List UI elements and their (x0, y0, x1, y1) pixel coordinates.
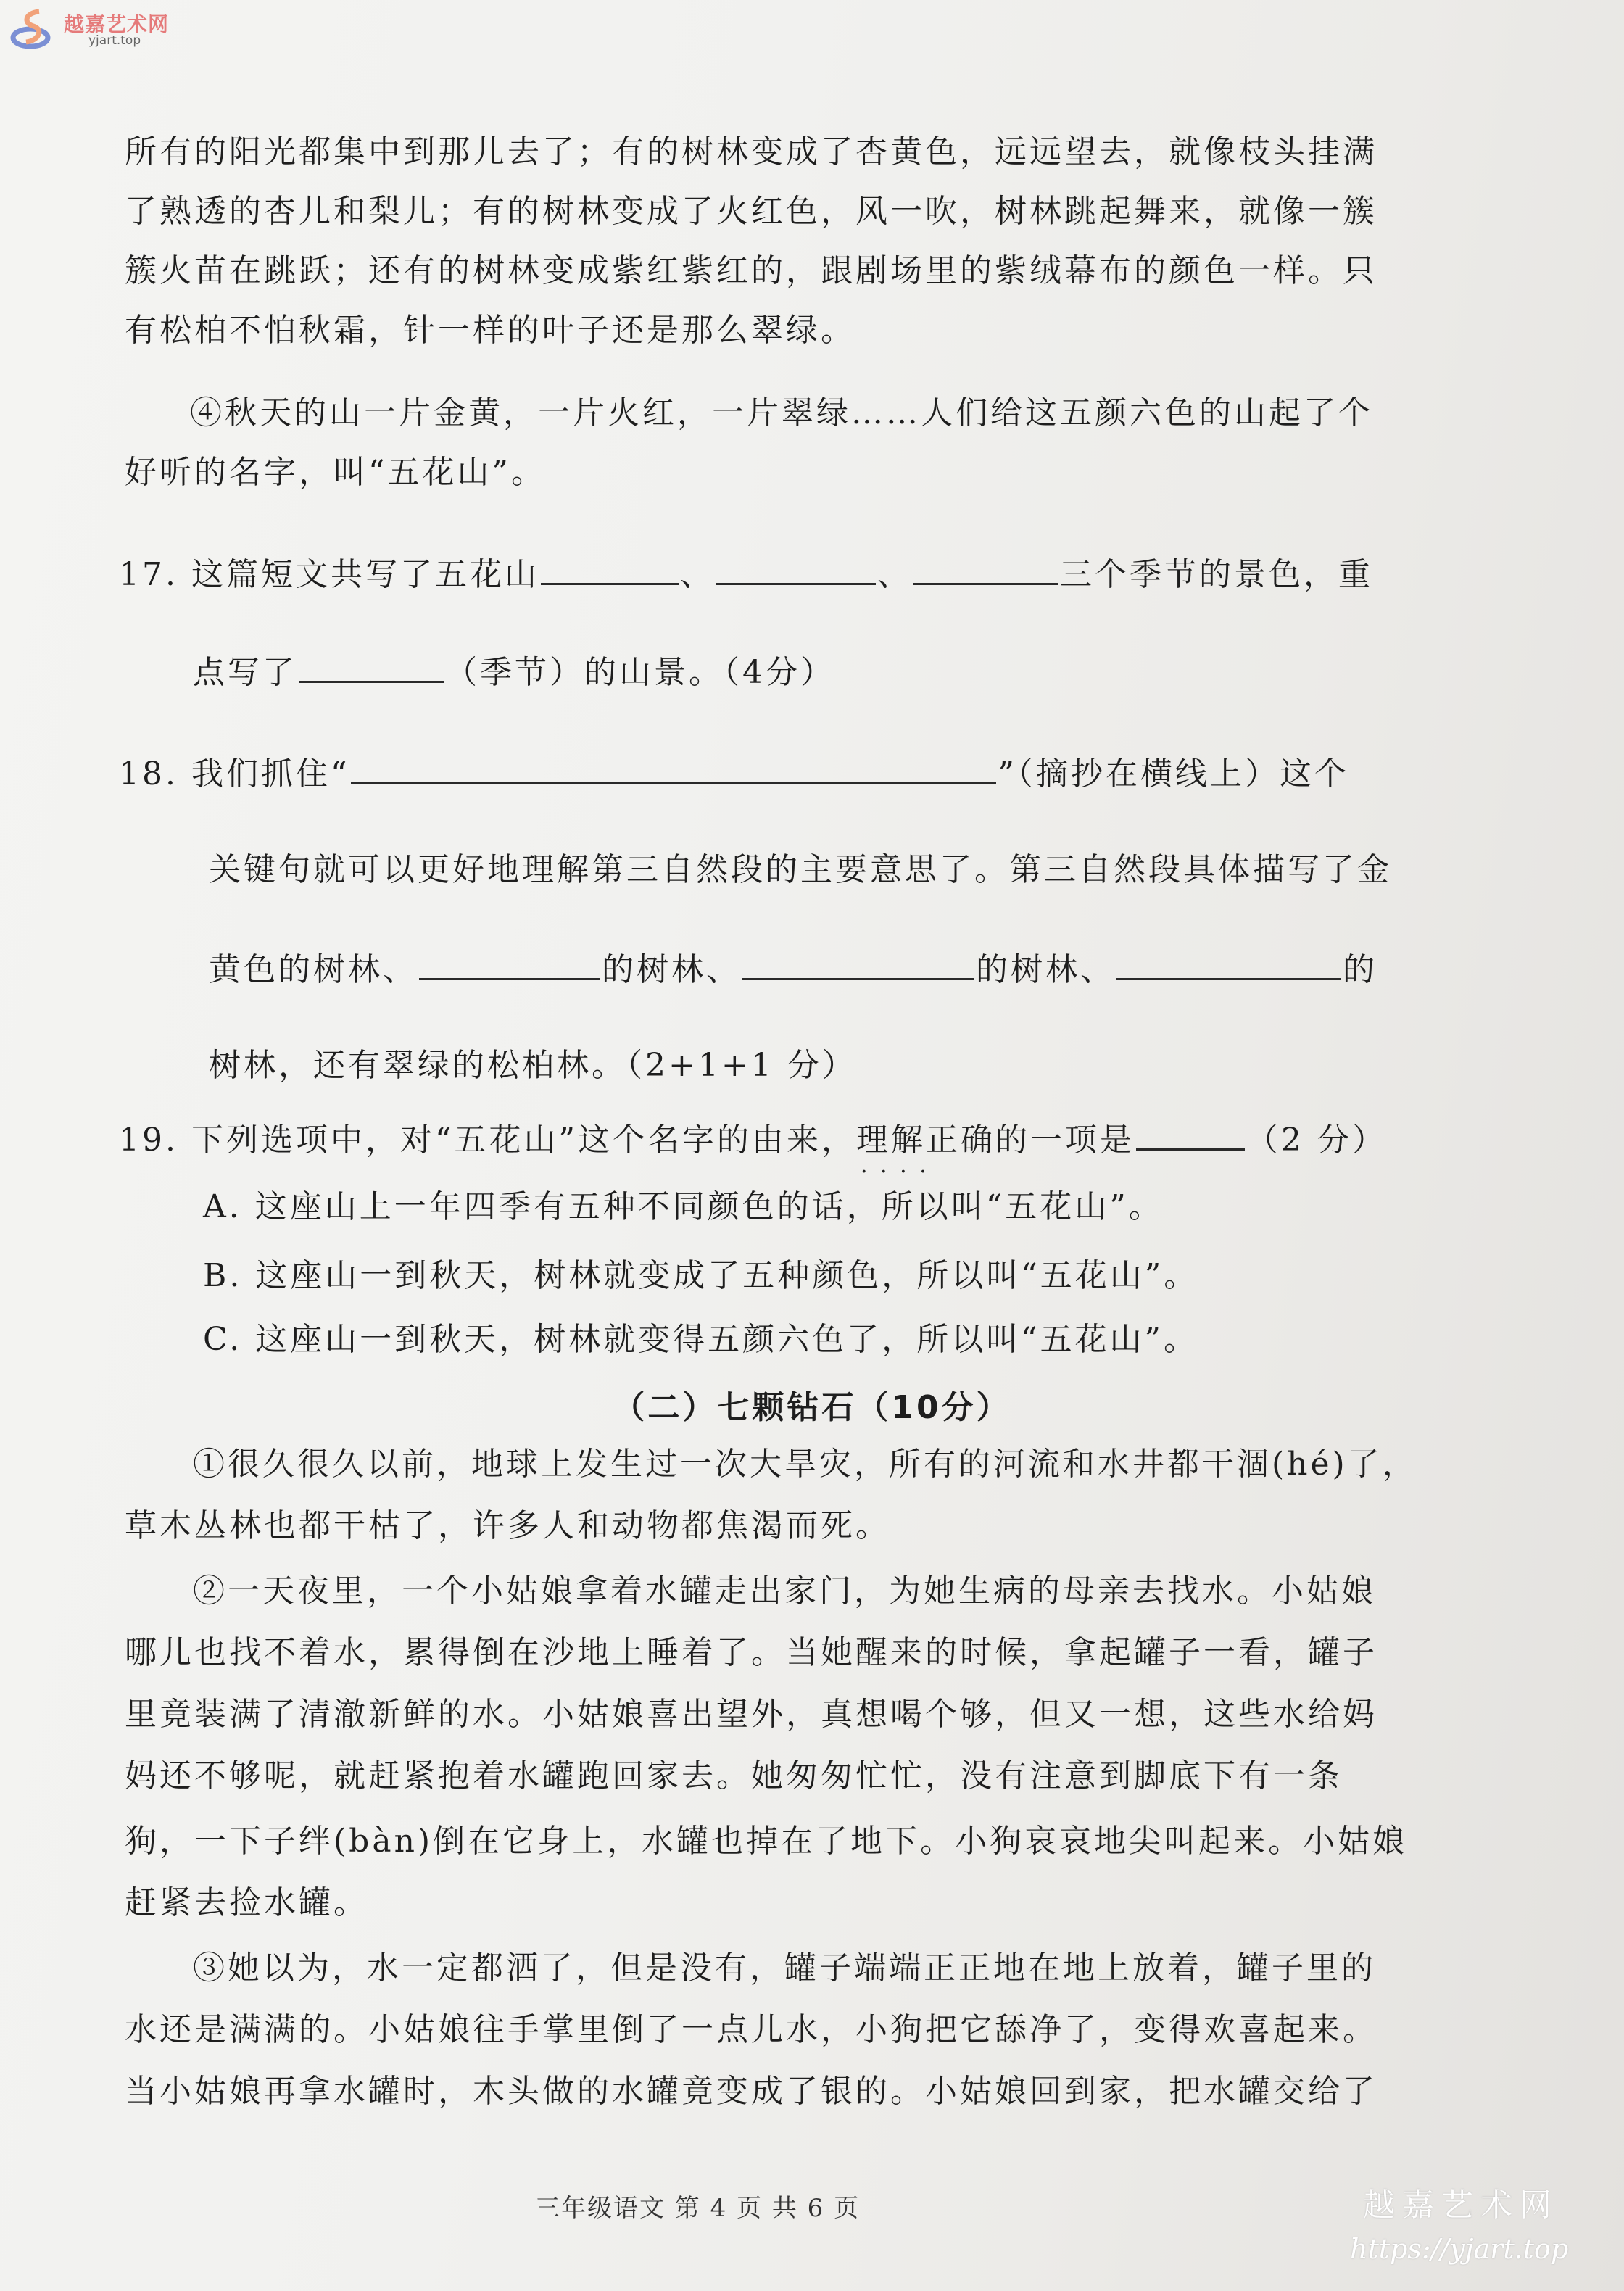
passage-line: 赶紧去捡水罐。 (125, 1881, 368, 1925)
question-18-line3: 黄色的树林、的树林、的树林、的 (209, 946, 1377, 992)
paragraph-4-line1: ④秋天的山一片金黄，一片火红，一片翠绿……人们给这五颜六色的山起了个 (190, 391, 1373, 435)
answer-blank-forest-color-2[interactable] (742, 946, 974, 980)
passage-line: ①很久很久以前，地球上发生过一次大旱灾，所有的河流和水井都干涸(hé)了， (193, 1443, 1417, 1486)
passage-line: 了熟透的杏儿和梨儿；有的树林变成了火红色，风一吹，树林跳起舞来，就像一簇 (125, 190, 1377, 233)
question-number: 18. (119, 755, 178, 792)
answer-blank-season-3[interactable] (913, 551, 1058, 585)
answer-blank-key-sentence[interactable] (351, 750, 996, 784)
watermark-name: 越嘉艺术网 (1363, 2179, 1559, 2225)
option-c: C. 这座山一到秋天，树林就变得五颜六色了，所以叫“五花山”。 (203, 1318, 1198, 1362)
answer-blank-choice[interactable] (1136, 1116, 1245, 1151)
passage-line: 水还是满满的。小姑娘往手掌里倒了一点儿水，小狗把它舔净了，变得欢喜起来。 (125, 2008, 1377, 2052)
answer-blank-season-1[interactable] (541, 551, 679, 585)
emphasis-text: 理解正确 (856, 1119, 995, 1162)
question-number: 17. (119, 556, 178, 593)
answer-blank-forest-color-1[interactable] (419, 946, 600, 980)
passage-line: 有松柏不怕秋霜，针一样的叶子还是那么翠绿。 (125, 309, 855, 352)
option-b: B. 这座山一到秋天，树林就变成了五种颜色，所以叫“五花山”。 (203, 1254, 1198, 1298)
logo-swirl-icon (10, 9, 57, 49)
passage-line: 所有的阳光都集中到那儿去了；有的树林变成了杏黄色，远远望去，就像枝头挂满 (125, 130, 1377, 174)
passage-line: 狗，一下子绊(bàn)倒在它身上，水罐也掉在了地下。小狗哀哀地尖叫起来。小姑娘 (125, 1820, 1407, 1863)
paragraph-4-line2: 好听的名字，叫“五花山”。 (125, 451, 546, 494)
question-17: 17. 这篇短文共写了五花山、、三个季节的景色，重 (119, 551, 1373, 597)
watermark-url: https://yjart.top (1350, 2233, 1568, 2265)
passage-line: 妈还不够呢，就赶紧抱着水罐跑回家去。她匆匆忙忙，没有注意到脚底下有一条 (125, 1754, 1343, 1798)
passage-line: ③她以为，水一定都洒了，但是没有，罐子端端正正地在地上放着，罐子里的 (193, 1947, 1376, 1990)
answer-blank-season-2[interactable] (716, 551, 876, 585)
passage-line: 哪儿也找不着水，累得倒在沙地上睡着了。当她醒来的时候，拿起罐子一看，罐子 (125, 1631, 1377, 1675)
question-19: 19. 下列选项中，对“五花山”这个名字的由来，理解正确的一项是（2 分） (119, 1116, 1387, 1162)
passage-line: 当小姑娘再拿水罐时，木头做的水罐竟变成了银的。小姑娘回到家，把水罐交给了 (125, 2070, 1377, 2113)
answer-blank-focus-season[interactable] (299, 649, 444, 683)
site-logo: 越嘉艺术网 yjart.top (10, 6, 170, 49)
passage-line: 里竟装满了清澈新鲜的水。小姑娘喜出望外，真想喝个够，但又一想，这些水给妈 (125, 1693, 1377, 1736)
passage-line: 簇火苗在跳跃；还有的树林变成紫红紫红的，跟剧场里的紫绒幕布的颜色一样。只 (125, 249, 1377, 293)
answer-blank-forest-color-3[interactable] (1116, 946, 1341, 980)
passage-line: ②一天夜里，一个小姑娘拿着水罐走出家门，为她生病的母亲去找水。小姑娘 (193, 1570, 1376, 1613)
logo-url: yjart.top (88, 33, 141, 48)
question-number: 19. (119, 1122, 178, 1159)
question-18: 18. 我们抓住“”（摘抄在横线上）这个 (119, 750, 1349, 796)
section-title: （二）七颗钻石（10分） (0, 1381, 1624, 1428)
question-18-line2: 关键句就可以更好地理解第三自然段的主要意思了。第三自然段具体描写了金 (209, 848, 1392, 892)
passage-line: 草木丛林也都干枯了，许多人和动物都焦渴而死。 (125, 1504, 890, 1548)
page-footer: 三年级语文 第 4 页 共 6 页 (535, 2188, 860, 2224)
option-a: A. 这座山上一年四季有五种不同颜色的话，所以叫“五花山”。 (203, 1185, 1164, 1229)
question-18-line4: 树林，还有翠绿的松柏林。（2+1+1 分） (209, 1044, 857, 1087)
question-17-line2: 点写了（季节）的山景。（4分） (193, 649, 835, 695)
